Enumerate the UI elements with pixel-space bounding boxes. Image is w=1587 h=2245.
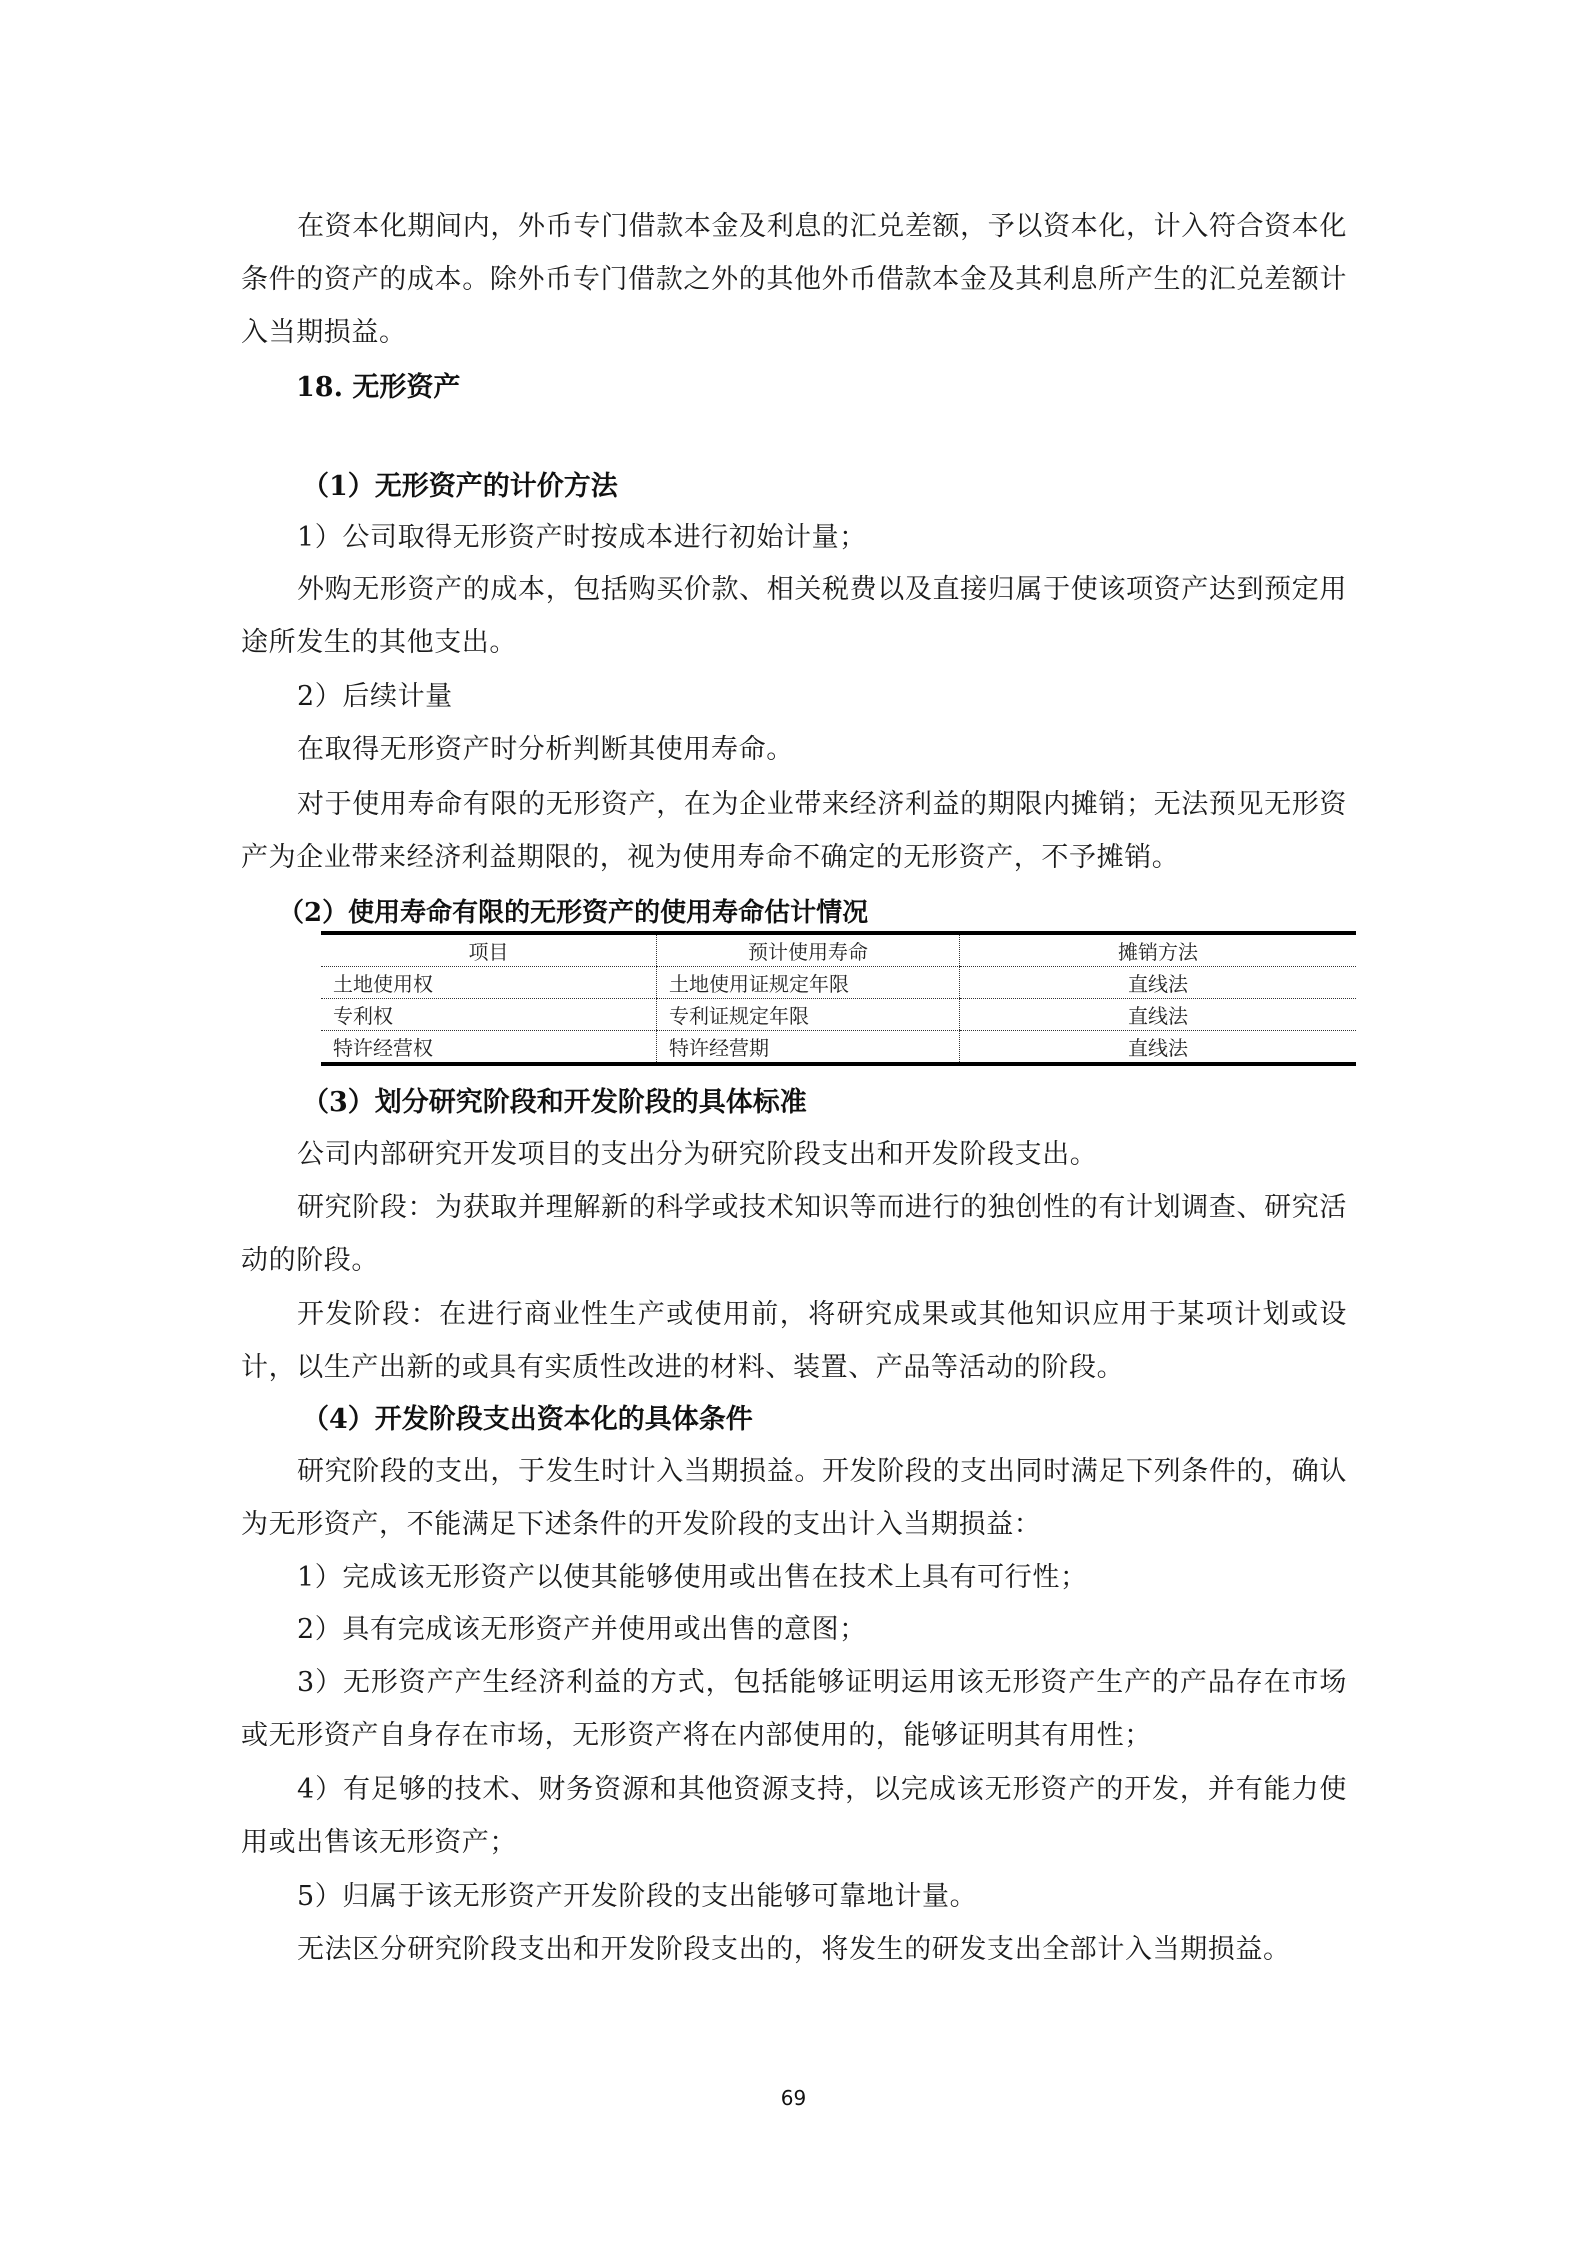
section-heading-intangible-assets: 18. 无形资产 — [296, 371, 460, 405]
cell-amortization-method: 直线法 — [960, 999, 1357, 1031]
cell-item: 专利权 — [321, 999, 657, 1031]
cell-amortization-method: 直线法 — [960, 967, 1357, 999]
cell-estimated-life: 特许经营期 — [657, 1031, 960, 1065]
table-row: 特许经营权 特许经营期 直线法 — [321, 1031, 1356, 1065]
paragraph-purchased-cost: 外购无形资产的成本，包括购买价款、相关税费以及直接归属于使该项资产达到预定用途所… — [241, 563, 1347, 669]
item-subsequent-measurement: 2）后续计量 — [297, 680, 1403, 714]
cell-amortization-method: 直线法 — [960, 1031, 1357, 1065]
condition-item: 1）完成该无形资产以使其能够使用或出售在技术上具有可行性； — [241, 1551, 1347, 1604]
table-row: 专利权 专利证规定年限 直线法 — [321, 999, 1356, 1031]
condition-item: 4）有足够的技术、财务资源和其他资源支持，以完成该无形资产的开发，并有能力使用或… — [241, 1763, 1347, 1869]
cell-item: 土地使用权 — [321, 967, 657, 999]
page-number: 69 — [0, 2086, 1587, 2110]
useful-life-table: 项目 预计使用寿命 摊销方法 土地使用权 土地使用证规定年限 直线法 专利权 专… — [321, 931, 1356, 1066]
paragraph-rd-expenditure-split: 公司内部研究开发项目的支出分为研究阶段支出和开发阶段支出。 — [297, 1138, 1403, 1172]
paragraph-research-phase: 研究阶段：为获取并理解新的科学或技术知识等而进行的独创性的有计划调查、研究活动的… — [241, 1181, 1347, 1287]
table-header-row: 项目 预计使用寿命 摊销方法 — [321, 933, 1356, 967]
cell-estimated-life: 专利证规定年限 — [657, 999, 960, 1031]
table-row: 土地使用权 土地使用证规定年限 直线法 — [321, 967, 1356, 999]
cell-estimated-life: 土地使用证规定年限 — [657, 967, 960, 999]
paragraph-development-phase: 开发阶段：在进行商业性生产或使用前，将研究成果或其他知识应用于某项计划或设计，以… — [241, 1288, 1347, 1394]
paragraph-useful-life-analysis: 在取得无形资产时分析判断其使用寿命。 — [297, 733, 1403, 767]
condition-item: 2）具有完成该无形资产并使用或出售的意图； — [241, 1603, 1347, 1656]
condition-item: 5）归属于该无形资产开发阶段的支出能够可靠地计量。 — [241, 1870, 1347, 1923]
condition-item: 3）无形资产产生经济利益的方式，包括能够证明运用该无形资产生产的产品存在市场或无… — [241, 1656, 1347, 1762]
item-initial-measurement: 1）公司取得无形资产时按成本进行初始计量； — [297, 521, 1403, 555]
subheading-capitalization-conditions: （4）开发阶段支出资本化的具体条件 — [302, 1403, 753, 1437]
paragraph-forex-capitalization: 在资本化期间内，外币专门借款本金及利息的汇兑差额，予以资本化，计入符合资本化条件… — [241, 200, 1347, 359]
table-title-useful-life-estimates: （2）使用寿命有限的无形资产的使用寿命估计情况 — [278, 896, 868, 930]
subheading-research-development-criteria: （3）划分研究阶段和开发阶段的具体标准 — [302, 1086, 807, 1120]
paragraph-capitalization-intro: 研究阶段的支出，于发生时计入当期损益。开发阶段的支出同时满足下列条件的，确认为无… — [241, 1445, 1347, 1551]
column-header-estimated-life: 预计使用寿命 — [657, 933, 960, 967]
paragraph-indistinguishable-expenditure: 无法区分研究阶段支出和开发阶段支出的，将发生的研发支出全部计入当期损益。 — [241, 1923, 1347, 1976]
subheading-valuation-method: （1）无形资产的计价方法 — [302, 470, 618, 504]
column-header-amortization-method: 摊销方法 — [960, 933, 1357, 967]
paragraph-amortization-policy: 对于使用寿命有限的无形资产，在为企业带来经济利益的期限内摊销；无法预见无形资产为… — [241, 778, 1347, 884]
cell-item: 特许经营权 — [321, 1031, 657, 1065]
column-header-item: 项目 — [321, 933, 657, 967]
